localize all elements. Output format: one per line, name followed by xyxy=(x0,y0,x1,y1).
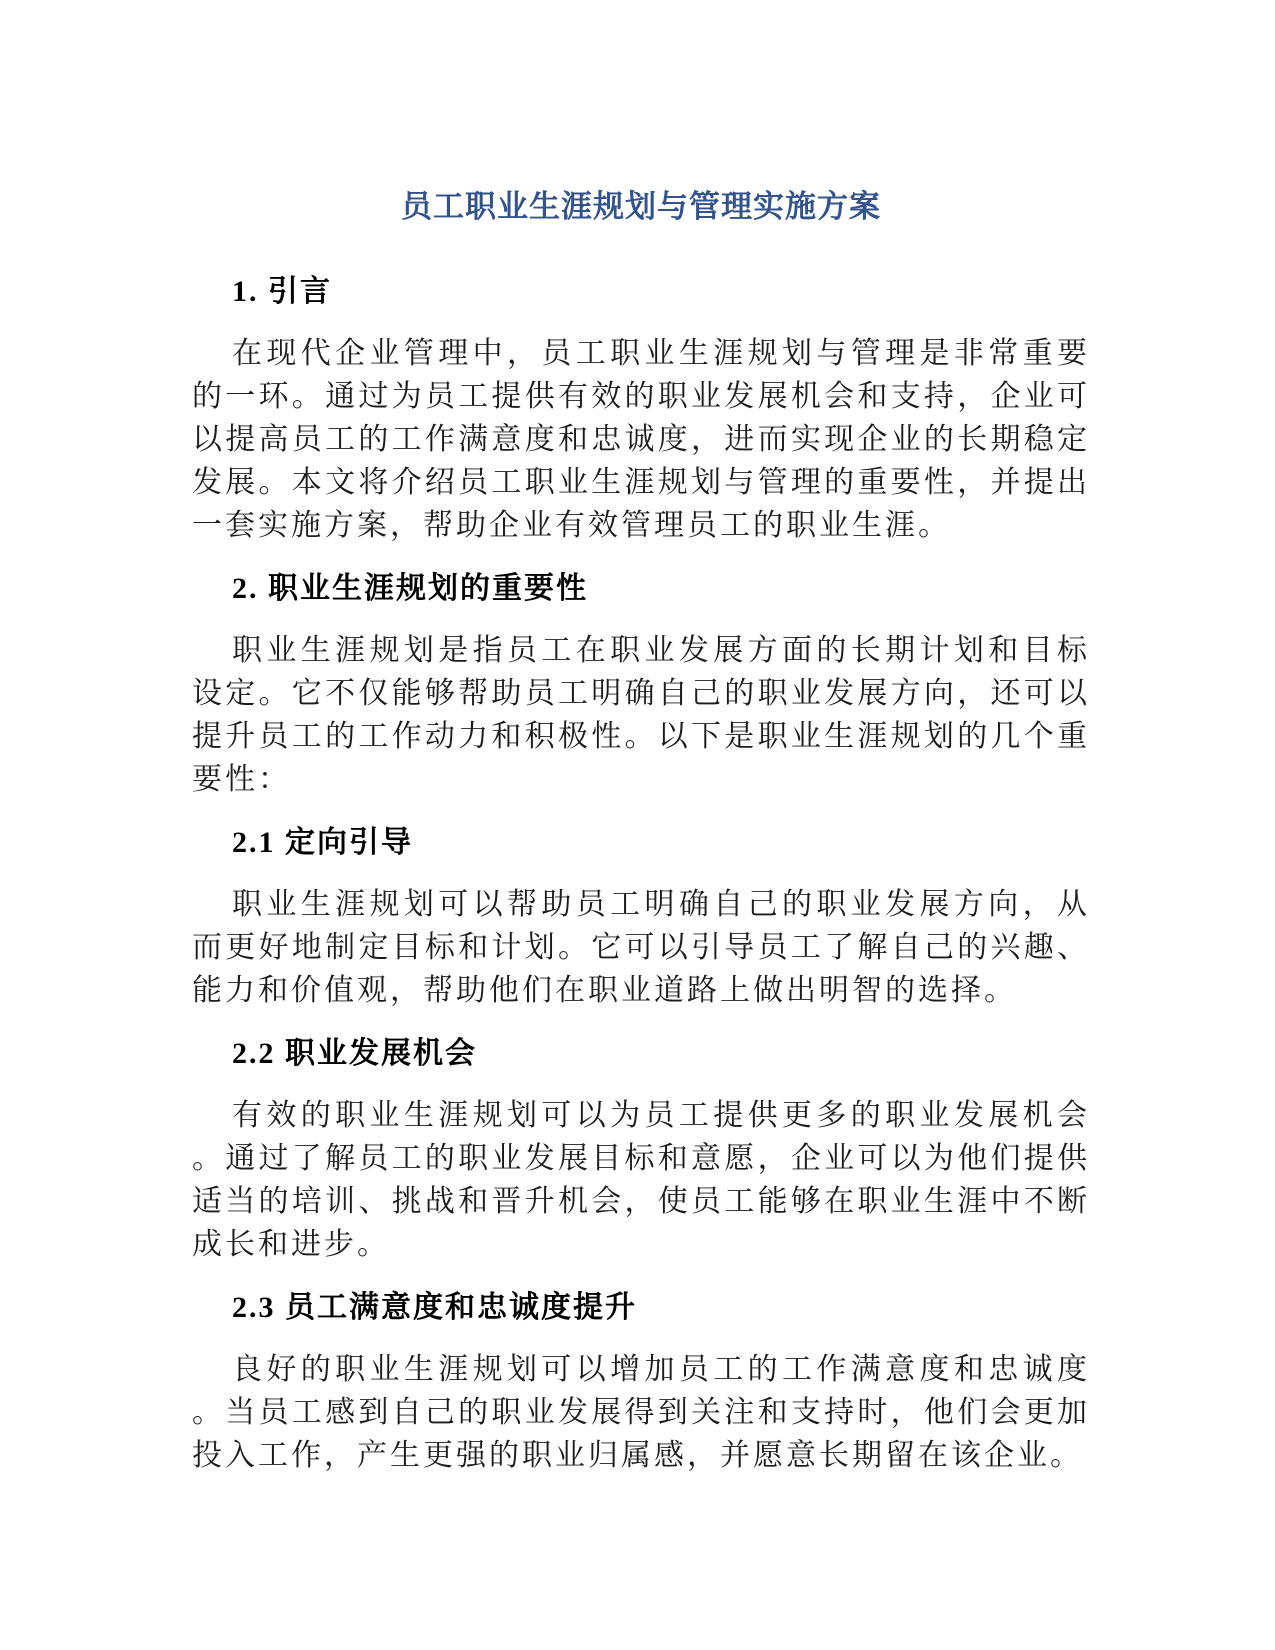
section-heading-2-2-opportunity: 2.2 职业发展机会 xyxy=(192,1036,1090,1072)
paragraph-line: 适当的培训、挑战和晋升机会，使员工能够在职业生涯中不断 xyxy=(192,1180,1090,1223)
section-heading-2-importance: 2. 职业生涯规划的重要性 xyxy=(192,571,1090,607)
paragraph-line: 。当员工感到自己的职业发展得到关注和支持时，他们会更加 xyxy=(192,1391,1090,1434)
paragraph-opportunity: 有效的职业生涯规划可以为员工提供更多的职业发展机会 。通过了解员工的职业发展目标… xyxy=(192,1094,1090,1266)
paragraph-satisfaction: 良好的职业生涯规划可以增加员工的工作满意度和忠诚度 。当员工感到自己的职业发展得… xyxy=(192,1348,1090,1477)
paragraph-line: 要性： xyxy=(192,758,1090,801)
paragraph-line: 而更好地制定目标和计划。它可以引导员工了解自己的兴趣、 xyxy=(192,926,1090,969)
paragraph-line: 成长和进步。 xyxy=(192,1223,1090,1266)
paragraph-line: 有效的职业生涯规划可以为员工提供更多的职业发展机会 xyxy=(192,1094,1090,1137)
paragraph-line: 提升员工的工作动力和积极性。以下是职业生涯规划的几个重 xyxy=(192,715,1090,758)
paragraph-line: 在现代企业管理中，员工职业生涯规划与管理是非常重要 xyxy=(192,332,1090,375)
paragraph-line: 一套实施方案，帮助企业有效管理员工的职业生涯。 xyxy=(192,504,1090,547)
document-title: 员工职业生涯规划与管理实施方案 xyxy=(192,190,1090,224)
paragraph-line: 投入工作，产生更强的职业归属感，并愿意长期留在该企业。 xyxy=(192,1434,1090,1477)
paragraph-line: 职业生涯规划是指员工在职业发展方面的长期计划和目标 xyxy=(192,629,1090,672)
paragraph-line: 能力和价值观，帮助他们在职业道路上做出明智的选择。 xyxy=(192,969,1090,1012)
paragraph-line: 的一环。通过为员工提供有效的职业发展机会和支持，企业可 xyxy=(192,375,1090,418)
paragraph-line: 职业生涯规划可以帮助员工明确自己的职业发展方向，从 xyxy=(192,883,1090,926)
section-heading-2-3-satisfaction: 2.3 员工满意度和忠诚度提升 xyxy=(192,1290,1090,1326)
paragraph-line: 良好的职业生涯规划可以增加员工的工作满意度和忠诚度 xyxy=(192,1348,1090,1391)
section-heading-2-1-guidance: 2.1 定向引导 xyxy=(192,825,1090,861)
paragraph-intro: 在现代企业管理中，员工职业生涯规划与管理是非常重要 的一环。通过为员工提供有效的… xyxy=(192,332,1090,547)
paragraph-guidance: 职业生涯规划可以帮助员工明确自己的职业发展方向，从 而更好地制定目标和计划。它可… xyxy=(192,883,1090,1012)
section-heading-1-intro: 1. 引言 xyxy=(192,274,1090,310)
paragraph-line: 发展。本文将介绍员工职业生涯规划与管理的重要性，并提出 xyxy=(192,461,1090,504)
paragraph-line: 。通过了解员工的职业发展目标和意愿，企业可以为他们提供 xyxy=(192,1137,1090,1180)
paragraph-line: 以提高员工的工作满意度和忠诚度，进而实现企业的长期稳定 xyxy=(192,418,1090,461)
paragraph-line: 设定。它不仅能够帮助员工明确自己的职业发展方向，还可以 xyxy=(192,672,1090,715)
document-page: 员工职业生涯规划与管理实施方案 1. 引言 在现代企业管理中，员工职业生涯规划与… xyxy=(0,0,1275,1650)
paragraph-importance: 职业生涯规划是指员工在职业发展方面的长期计划和目标 设定。它不仅能够帮助员工明确… xyxy=(192,629,1090,801)
